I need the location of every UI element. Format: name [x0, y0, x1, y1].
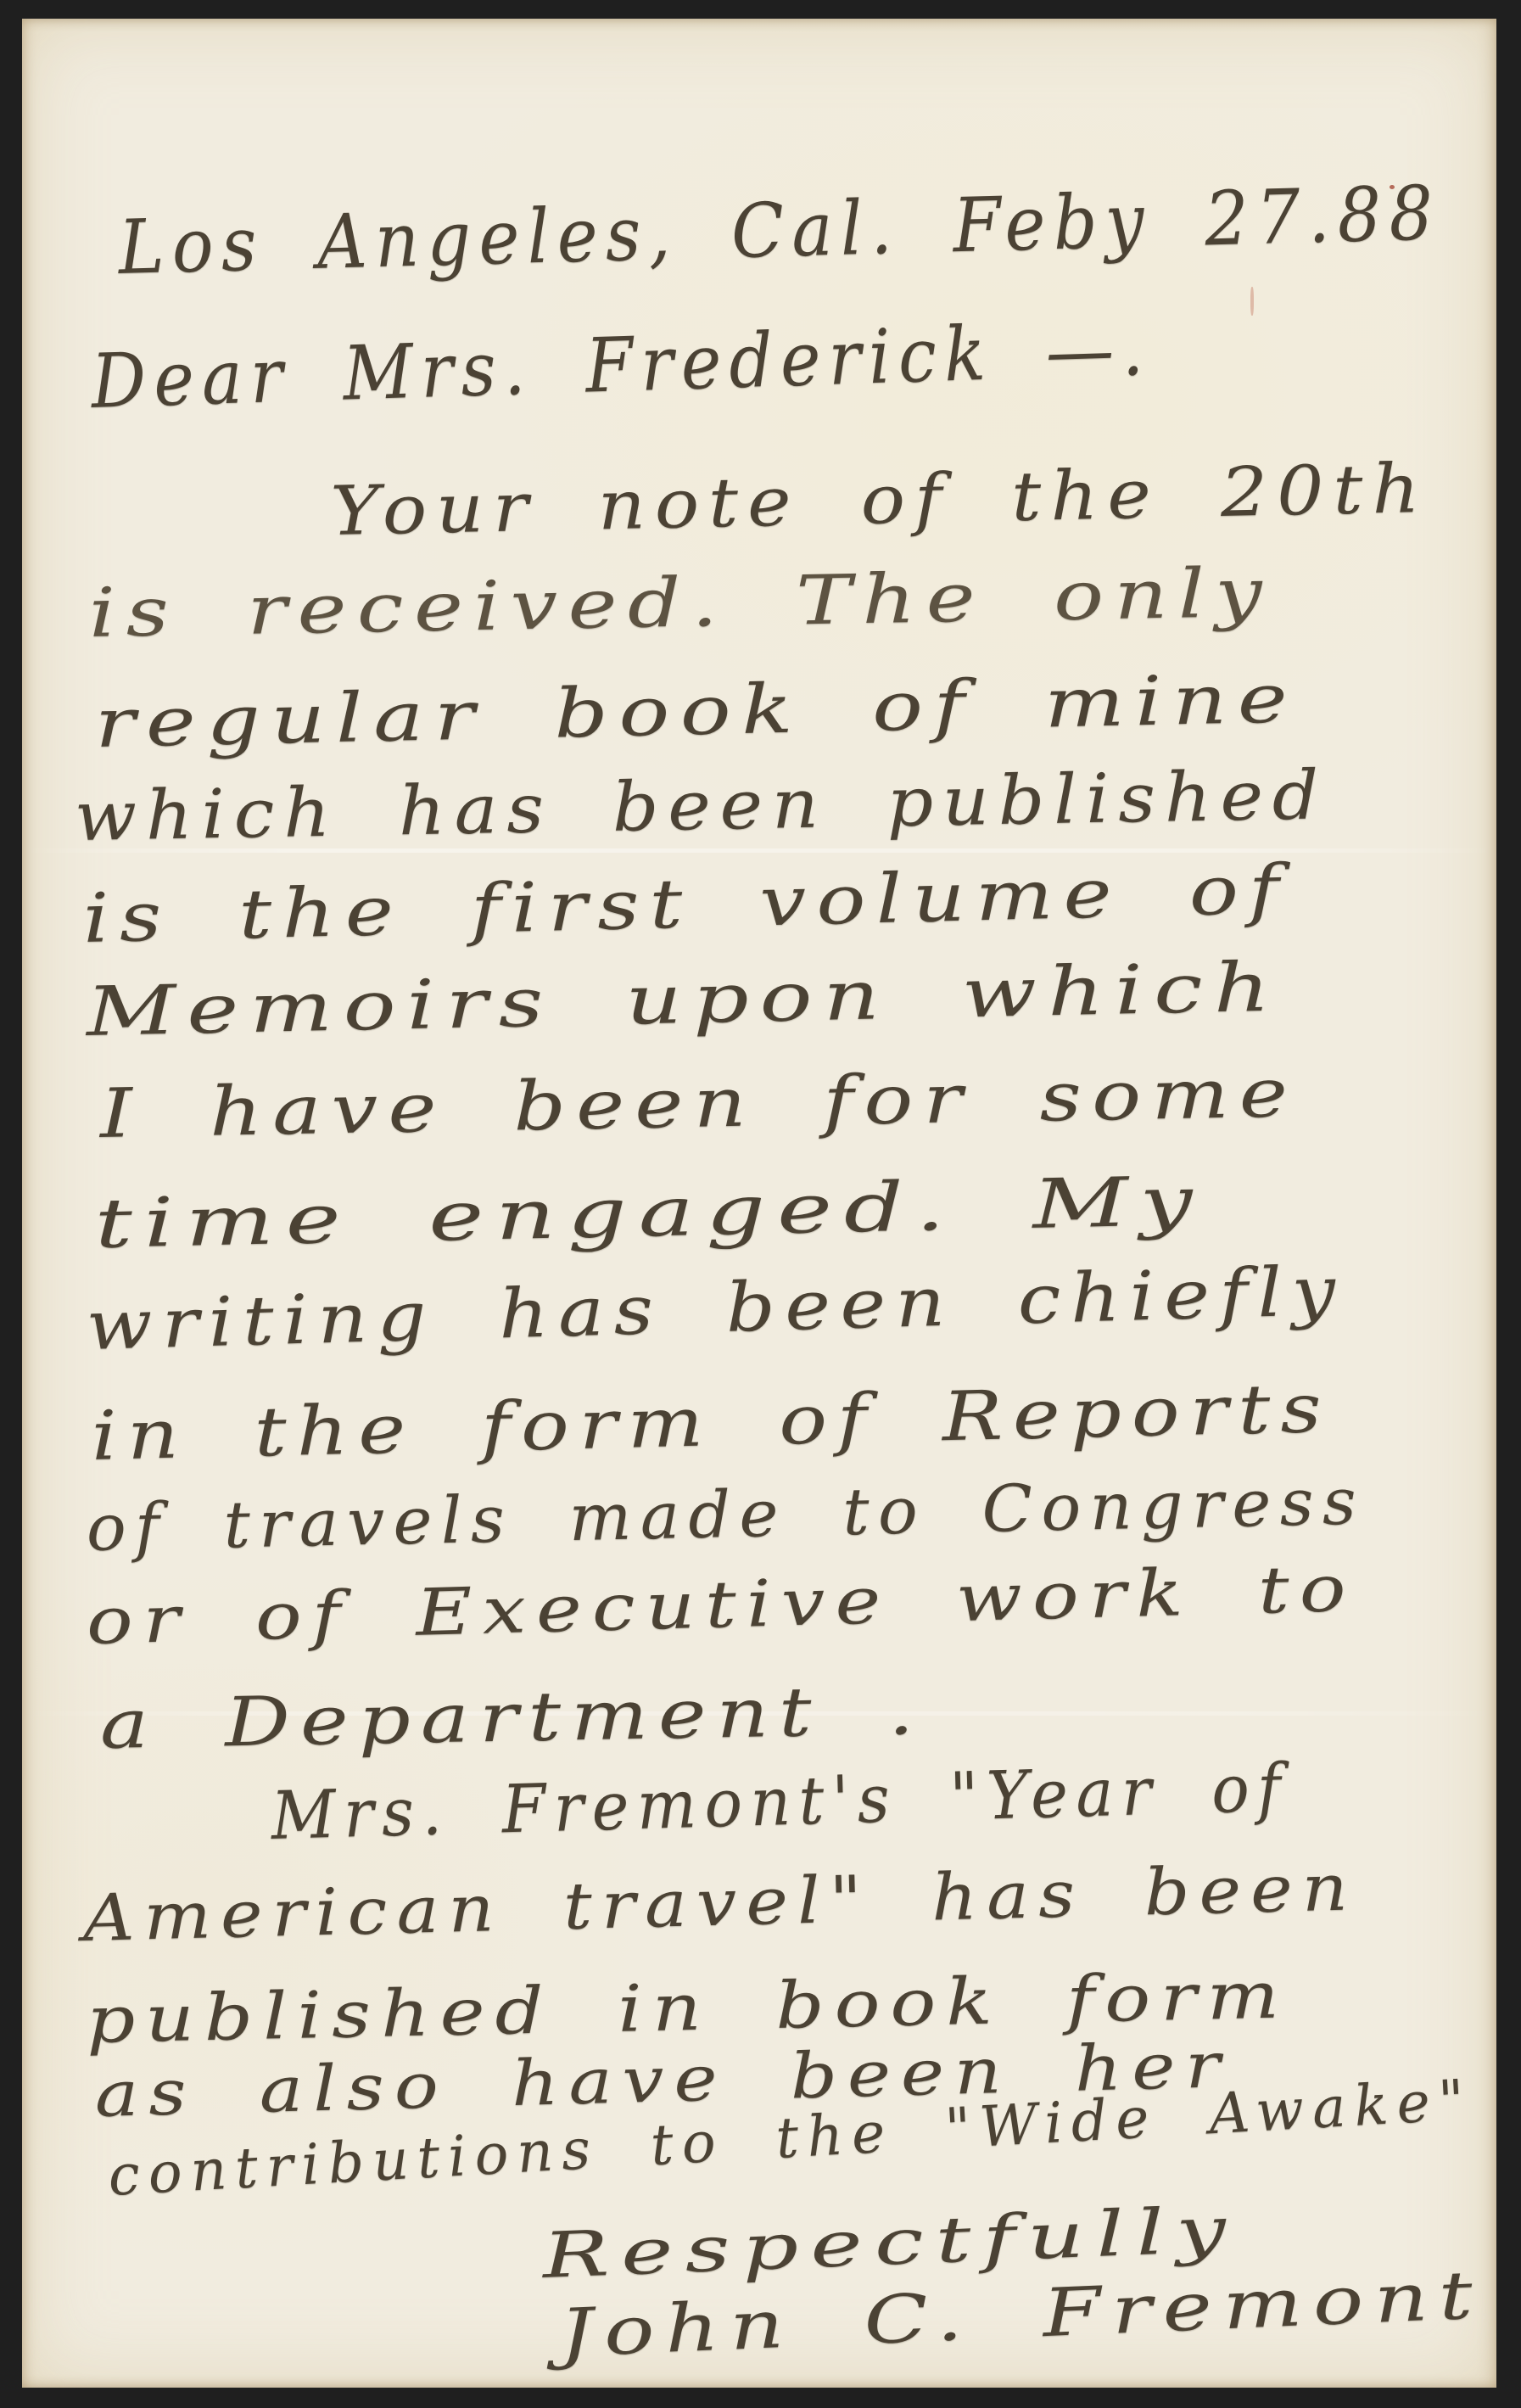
body-line-14: Mrs. Fremont's "Year of: [270, 1750, 1289, 1855]
body-line-15: American travel" has been: [82, 1849, 1358, 1956]
body-line-5: is the first volume of: [82, 849, 1290, 958]
letter-photograph: Los Angeles, Cal. Feby 27.88 Dear Mrs. F…: [0, 0, 1521, 2408]
body-line-4: which has been published: [74, 755, 1328, 856]
body-line-2: is received. The only: [88, 553, 1273, 652]
body-line-1: Your note of the 20th: [330, 449, 1429, 551]
body-line-11: of travels made to Congress: [86, 1463, 1366, 1565]
body-line-12: or of Executive work to: [86, 1550, 1357, 1659]
body-line-8: time engaged. My: [94, 1162, 1205, 1263]
foxing-speck: [1250, 287, 1254, 316]
body-line-6: Memoirs upon which: [86, 948, 1282, 1051]
body-line-7: I have been for some: [99, 1053, 1299, 1153]
dateline: Los Angeles, Cal. Feby 27.88: [117, 169, 1441, 291]
letter-page: Los Angeles, Cal. Feby 27.88 Dear Mrs. F…: [22, 19, 1496, 2388]
salutation-line: Dear Mrs. Frederick —.: [90, 305, 1152, 425]
body-line-9: writing has been chiefly: [85, 1252, 1345, 1365]
body-line-3: regular book of mine: [94, 658, 1299, 763]
body-line-10: in the form of Reports: [91, 1369, 1333, 1476]
body-line-13: a Department .: [99, 1671, 925, 1764]
